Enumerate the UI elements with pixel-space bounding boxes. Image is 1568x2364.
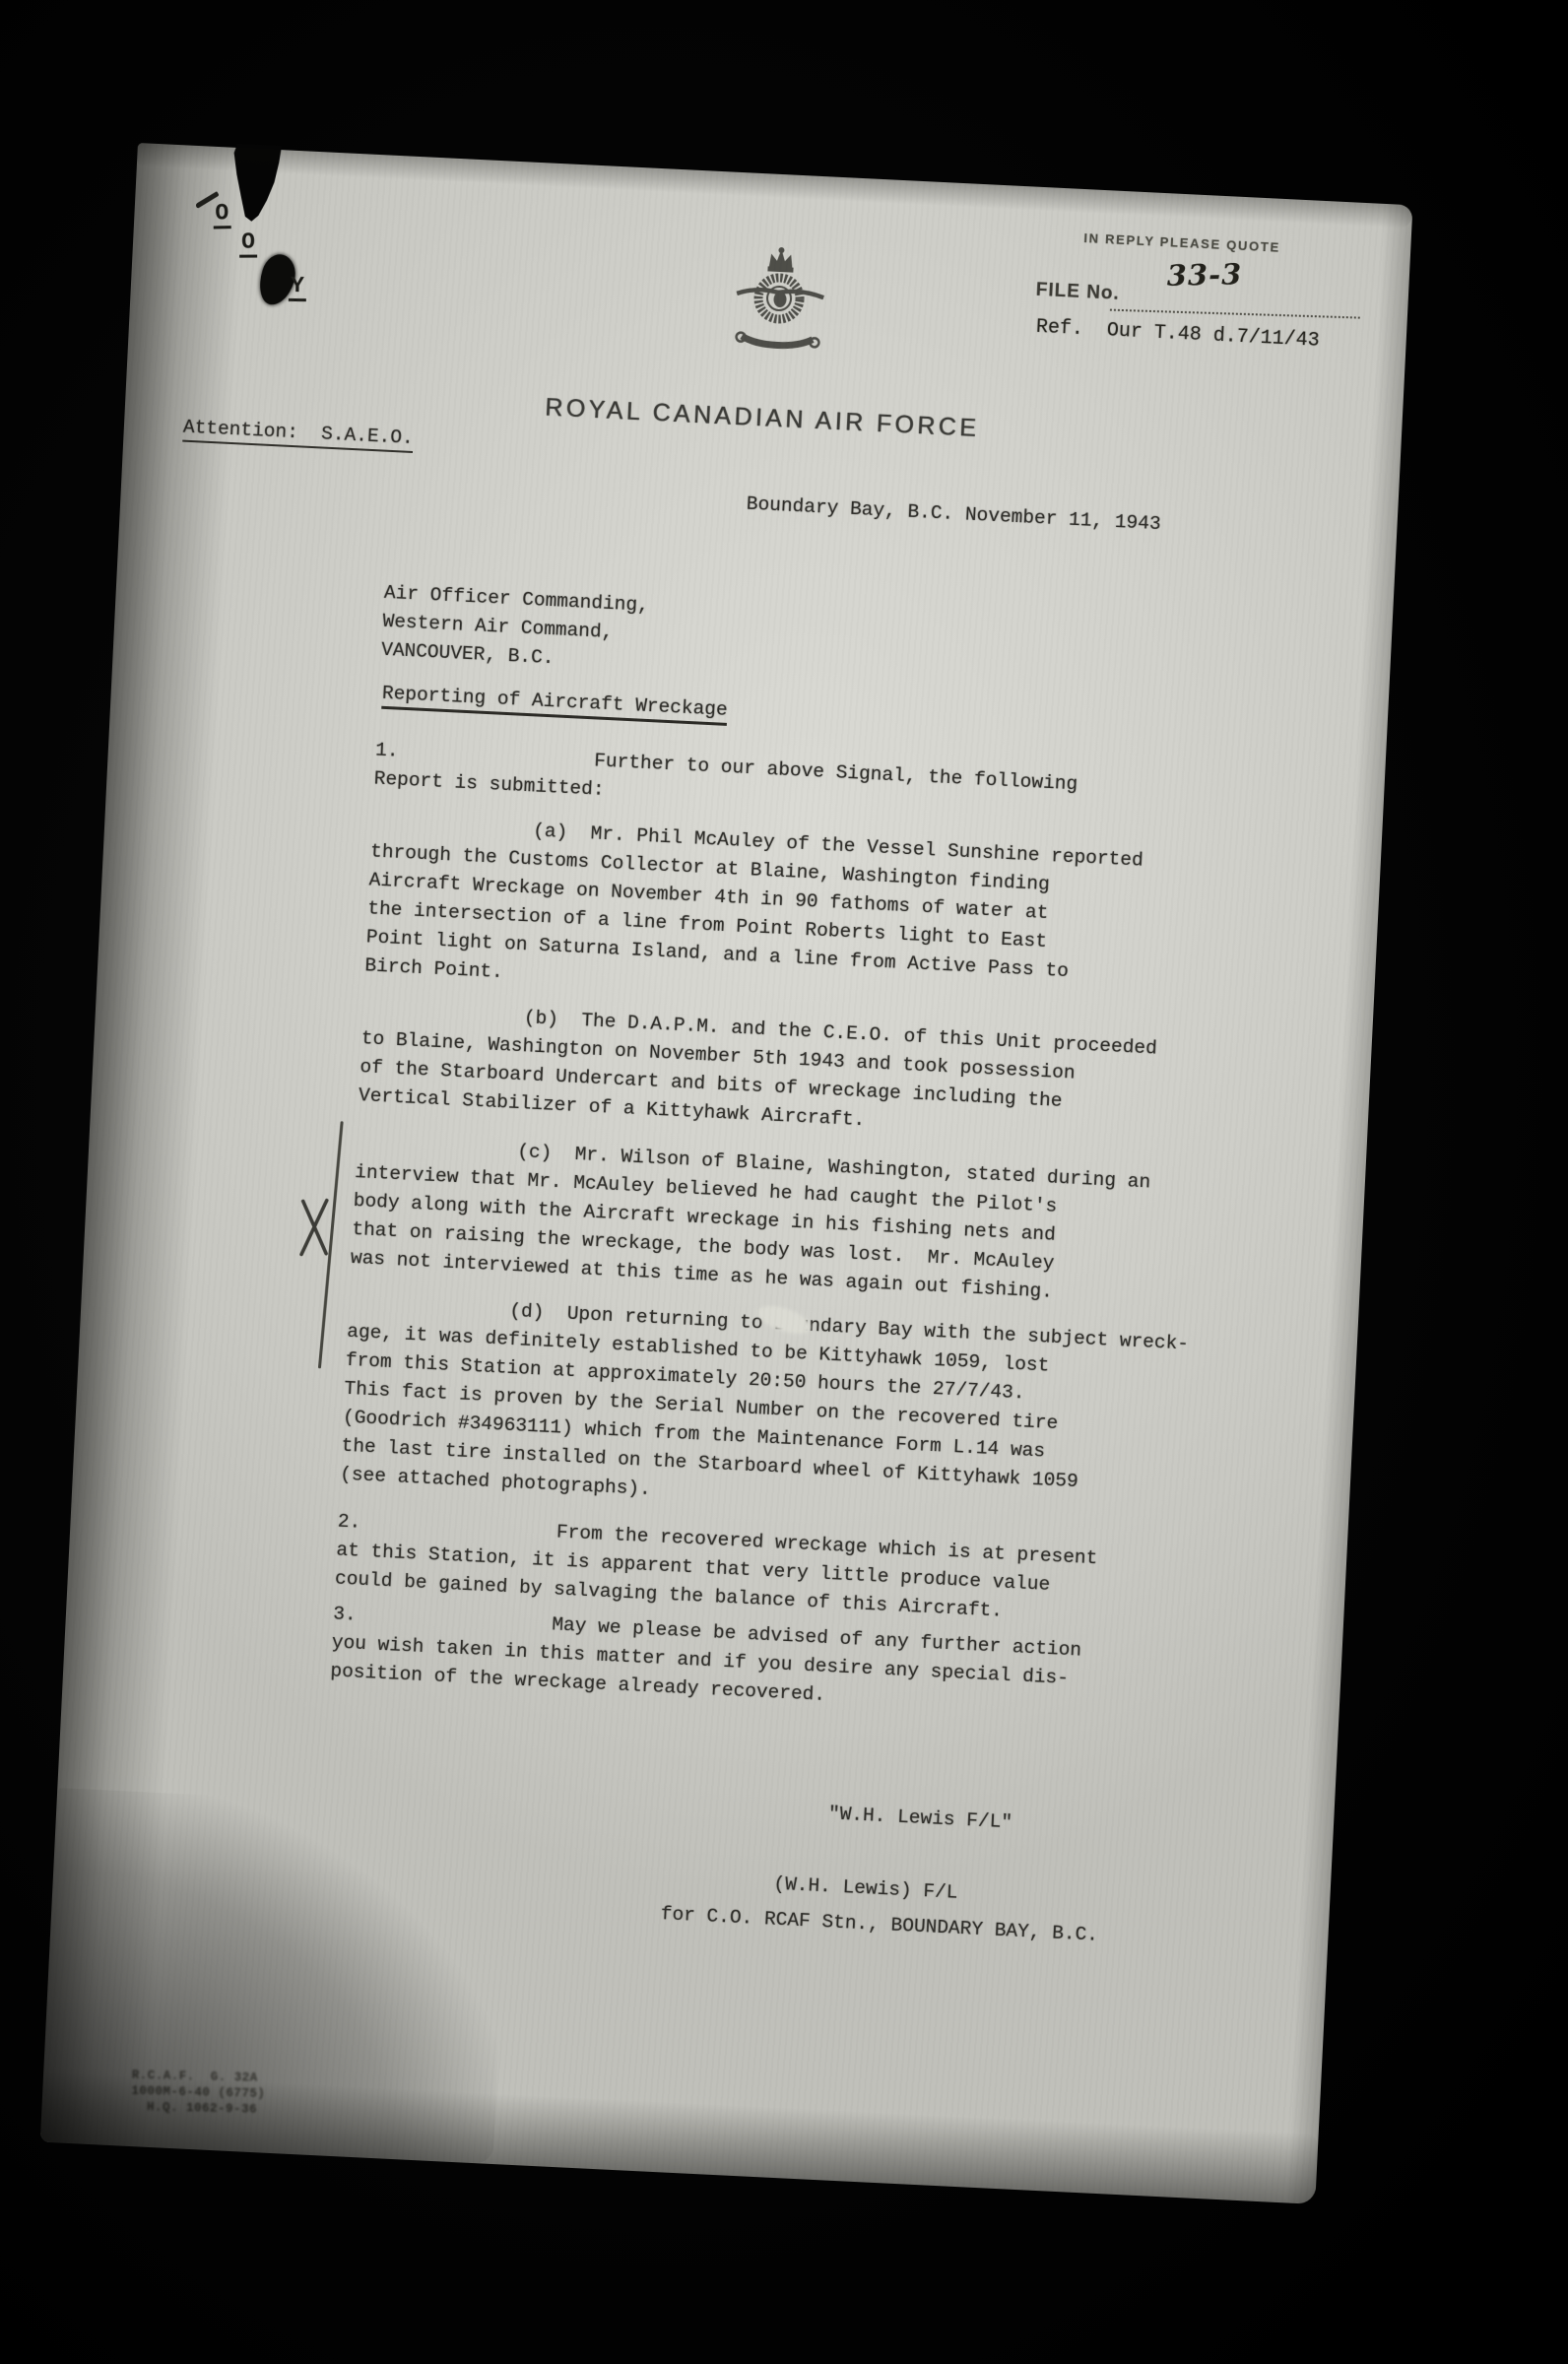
top-edge-shadow <box>137 143 1413 229</box>
paragraph-1b: (b) The D.A.P.M. and the C.E.O. of this … <box>358 996 1157 1149</box>
photostat-background: O O Y IN REPLY PLEASE QUOTE FILE No. 33- <box>0 0 1568 2364</box>
copy-stamp-letter: Y <box>289 275 306 301</box>
dateline: Boundary Bay, B.C. November 11, 1943 <box>746 491 1161 540</box>
right-edge-shadow <box>1285 204 1412 2204</box>
attention-text: Attention: S.A.E.O. <box>182 417 414 453</box>
reference-line: Ref. Our T.48 d.7/11/43 <box>1035 313 1320 356</box>
bottom-left-shadow <box>40 1788 510 2164</box>
organization-title: ROYAL CANADIAN AIR FORCE <box>545 394 980 444</box>
signature-name: (W.H. Lewis) F/L <box>773 1871 958 1908</box>
paragraph-1c: (c) Mr. Wilson of Blaine, Washington, st… <box>350 1130 1151 1311</box>
file-number-label: FILE No. <box>1035 280 1120 305</box>
recipient-address: Air Officer Commanding,Western Air Comma… <box>380 579 649 678</box>
copy-stamp-letter: O <box>213 202 230 229</box>
rcaf-crest-icon <box>731 237 829 360</box>
copy-stamp-letter: O <box>239 231 257 258</box>
text-line: H.Q. 1062-9-36 <box>131 2099 265 2118</box>
torn-notch <box>230 144 282 223</box>
file-number-dotted-line <box>1110 309 1360 319</box>
attention-line: Attention: S.A.E.O. <box>182 414 414 453</box>
signature-signed: "W.H. Lewis F/L" <box>827 1800 1013 1837</box>
paragraph-1a: (a) Mr. Phil McAuley of the Vessel Sunsh… <box>364 809 1144 1018</box>
form-stamp: R.C.A.F. G. 32A1000M-6-40 (6775) H.Q. 10… <box>131 2068 266 2118</box>
signature-for-line: for C.O. RCAF Stn., BOUNDARY BAY, B.C. <box>660 1900 1099 1950</box>
file-number-handwritten: 33-3 <box>1166 257 1242 293</box>
in-reply-note: IN REPLY PLEASE QUOTE <box>1083 230 1280 255</box>
subject-text: Reporting of Aircraft Wreckage <box>381 683 728 726</box>
subject-line: Reporting of Aircraft Wreckage <box>381 680 728 725</box>
letter-page: O O Y IN REPLY PLEASE QUOTE FILE No. 33- <box>40 143 1413 2204</box>
paragraph-1d: (d) Upon returning to Boundary Bay with … <box>339 1289 1189 1530</box>
